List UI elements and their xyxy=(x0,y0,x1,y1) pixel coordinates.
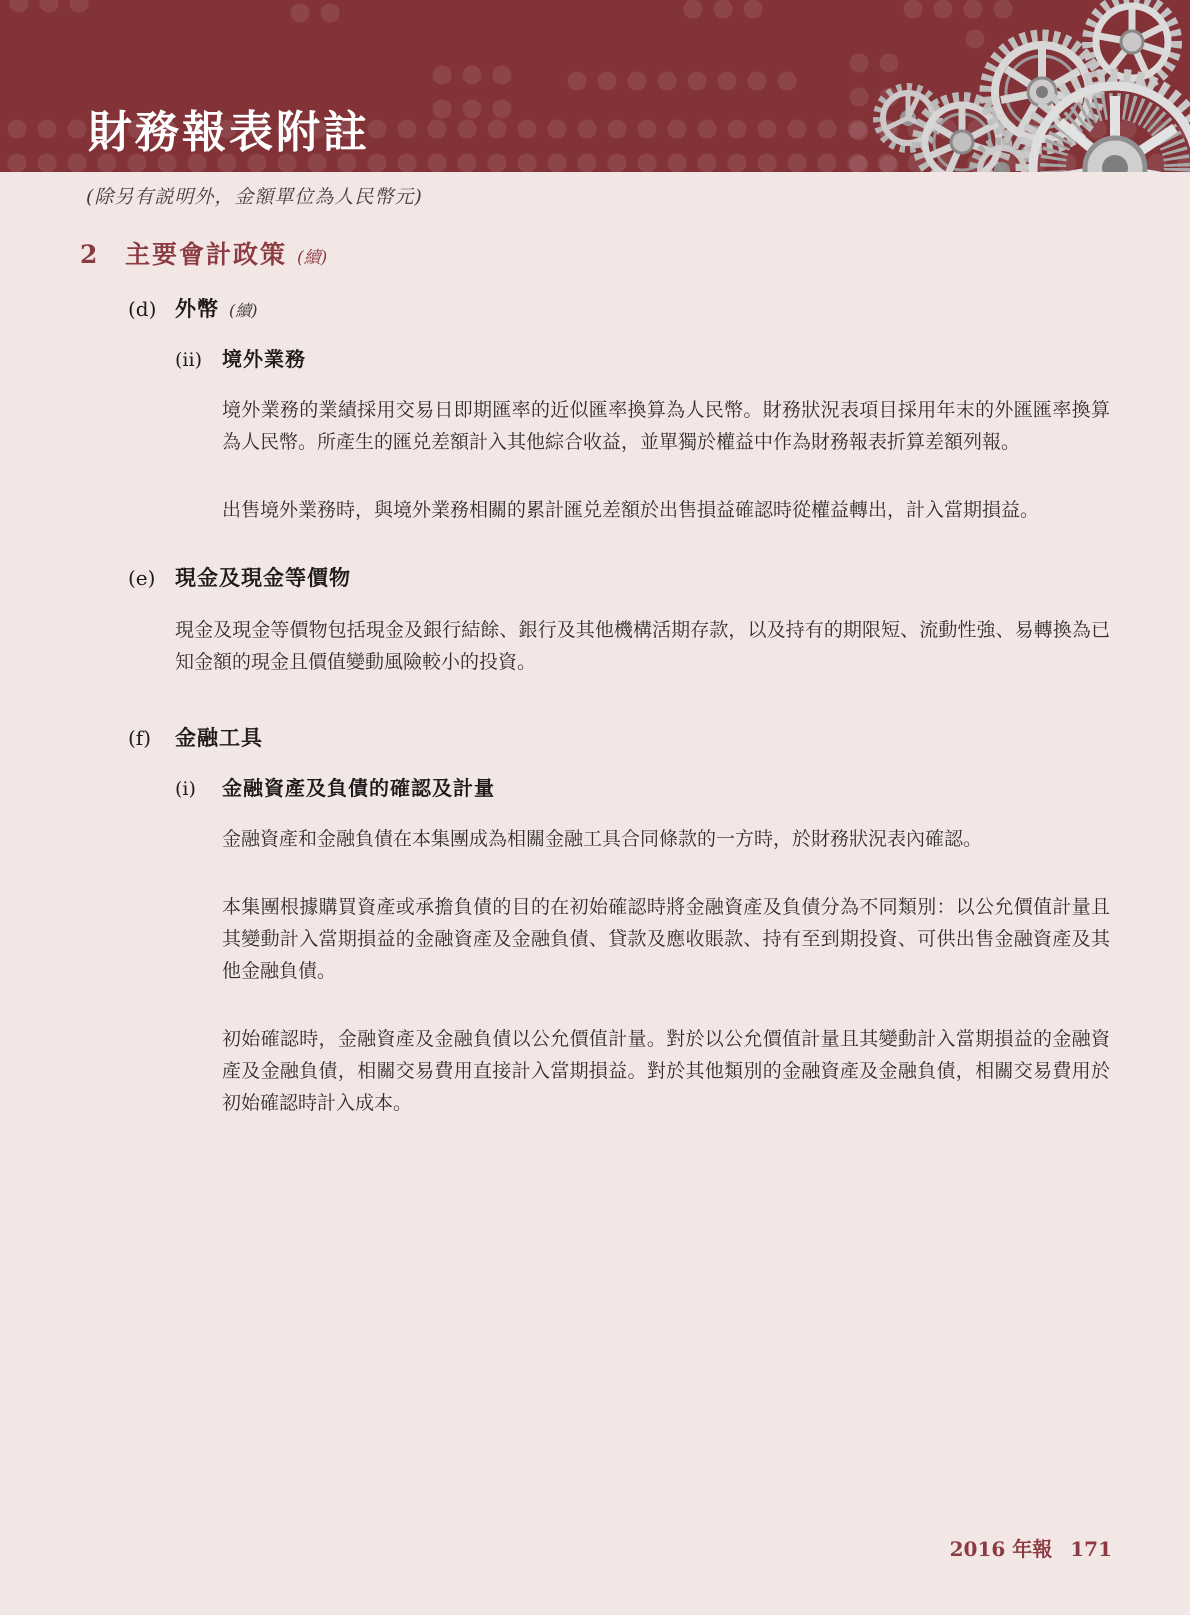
subsection-label: (i) xyxy=(175,778,222,800)
report-page: 財務報表附註 (除另有説明外，金額單位為人民幣元) 2 主要會計政策 (續) (… xyxy=(0,0,1190,1615)
subsection-label: (e) xyxy=(128,566,175,590)
subsection-title: 金融資產及負債的確認及計量 xyxy=(222,772,495,801)
subsection-e-heading: (e) 現金及現金等價物 xyxy=(128,562,1110,592)
subsection-title: 境外業務 xyxy=(222,343,306,372)
paragraph: 境外業務的業績採用交易日即期匯率的近似匯率換算為人民幣。財務狀況表項目採用年末的… xyxy=(222,394,1110,458)
dot-pattern xyxy=(2,0,92,20)
dot-pattern xyxy=(560,64,802,98)
subsection-title: 現金及現金等價物 xyxy=(175,562,351,592)
dot-pattern xyxy=(676,0,770,26)
subsection-f-heading: (f) 金融工具 xyxy=(128,722,1110,752)
paragraph: 初始確認時，金融資產及金融負債以公允價值計量。對於以公允價值計量且其變動計入當期… xyxy=(222,1023,1110,1119)
subsection-d-ii-heading: (ii) 境外業務 xyxy=(175,343,1110,372)
subsection-label: (d) xyxy=(128,297,175,321)
subsection-d-heading: (d) 外幣 (續) xyxy=(128,293,1110,323)
section-title: 主要會計政策 xyxy=(125,235,287,271)
continued-mark: (續) xyxy=(229,298,258,321)
paragraph: 出售境外業務時，與境外業務相關的累計匯兑差額於出售損益確認時從權益轉出，計入當期… xyxy=(222,494,1110,526)
subsection-title: 外幣 xyxy=(175,293,219,323)
document-body: (除另有説明外，金額單位為人民幣元) 2 主要會計政策 (續) (d) 外幣 (… xyxy=(0,182,1190,1119)
paragraph: 現金及現金等價物包括現金及銀行結餘、銀行及其他機構活期存款，以及持有的期限短、流… xyxy=(175,614,1110,678)
page-header: 財務報表附註 xyxy=(0,0,1190,172)
page-number: 171 xyxy=(1070,1537,1112,1561)
report-year-label: 2016 年報 xyxy=(950,1533,1053,1562)
subsection-label: (ii) xyxy=(175,349,222,371)
dot-pattern xyxy=(283,0,345,30)
continued-mark: (續) xyxy=(297,243,327,268)
subsection-title: 金融工具 xyxy=(175,722,263,752)
gears-icon xyxy=(870,0,1190,172)
subsection-f-i-heading: (i) 金融資產及負債的確認及計量 xyxy=(175,772,1110,801)
currency-note: (除另有説明外，金額單位為人民幣元) xyxy=(86,182,1110,209)
section-heading-2: 2 主要會計政策 (續) xyxy=(80,235,1110,271)
subsection-label: (f) xyxy=(128,726,175,750)
paragraph: 金融資產和金融負債在本集團成為相關金融工具合同條款的一方時，於財務狀況表內確認。 xyxy=(222,823,1110,855)
section-number: 2 xyxy=(80,240,125,269)
page-footer: 2016 年報 171 xyxy=(950,1533,1112,1562)
paragraph: 本集團根據購買資產或承擔負債的目的在初始確認時將金融資產及負債分為不同類別：以公… xyxy=(222,891,1110,987)
page-title: 財務報表附註 xyxy=(88,96,370,160)
